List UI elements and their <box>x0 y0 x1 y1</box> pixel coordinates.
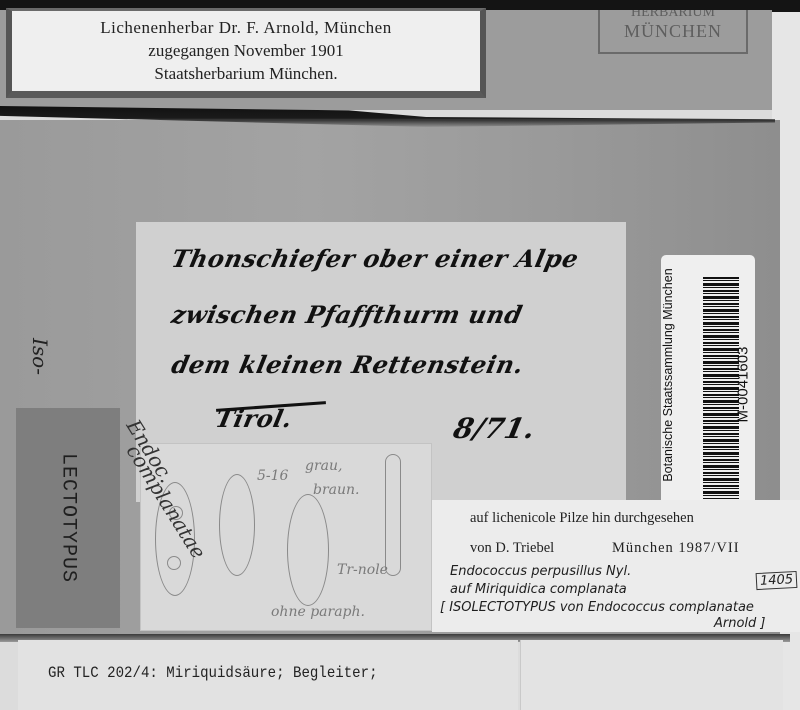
lectotypus-tag: LECTOTYPUS <box>16 408 120 628</box>
locality-line-1: Thonschiefer ober einer Alpe <box>169 244 581 273</box>
determination-label: auf lichenicole Pilze hin durchgesehen v… <box>432 500 800 632</box>
spore-size-note: 5-16 <box>257 468 288 484</box>
ascus-chain-icon <box>385 454 401 576</box>
sheet-paper <box>520 640 783 710</box>
type-status: LECTOTYPUS <box>57 453 80 583</box>
det-determiner: von D. Triebel <box>470 540 554 557</box>
herbarium-stamp: HERBARIUM MÜNCHEN <box>598 10 748 54</box>
header-line-1: Lichenenherbar Dr. F. Arnold, München <box>12 16 480 39</box>
det-line-1: auf lichenicole Pilze hin durchgesehen <box>470 510 694 527</box>
header-line-3: Staatsherbarium München. <box>12 62 480 85</box>
det-taxon: Endococcus perpusillus Nyl. <box>450 564 631 579</box>
herbarium-header-label: Lichenenherbar Dr. F. Arnold, München zu… <box>6 8 486 98</box>
tlc-label: GR TLC 202/4: Miriquidsäure; Begleiter; <box>18 640 518 710</box>
iso-side-note: Iso- <box>28 338 52 375</box>
color-note-1: grau, <box>305 458 342 474</box>
tlc-result: GR TLC 202/4: Miriquidsäure; Begleiter; <box>48 664 378 682</box>
stamp-line-2: MÜNCHEN <box>600 18 746 44</box>
collection-date: 8/71. <box>450 412 538 445</box>
locality-region: Tirol. <box>213 404 295 433</box>
spore-guttule-icon <box>167 556 181 570</box>
header-line-2: zugegangen November 1901 <box>12 39 480 62</box>
pencil-note-3: Tr-nole <box>337 562 388 578</box>
spore-drawing-icon <box>219 474 255 576</box>
det-status-line-1: [ ISOLECTOTYPUS von Endococcus complanat… <box>440 600 754 615</box>
color-note-2: braun. <box>313 482 359 498</box>
locality-line-3: dem kleinen Rettenstein. <box>169 350 527 379</box>
det-status-line-2: Arnold ] <box>714 616 766 631</box>
stamp-line-1: HERBARIUM <box>600 10 746 18</box>
locality-line-2: zwischen Pfaffthurm und <box>169 300 525 329</box>
det-number: 1405 <box>756 571 798 590</box>
det-place-date: München 1987/VII <box>612 540 740 557</box>
barcode-label: Botanische Staatssammlung München M-0041… <box>661 255 755 507</box>
spore-drawing-icon <box>287 494 329 606</box>
det-host: auf Miriquidica complanata <box>450 582 627 597</box>
pencil-note-4: ohne paraph. <box>271 604 365 620</box>
